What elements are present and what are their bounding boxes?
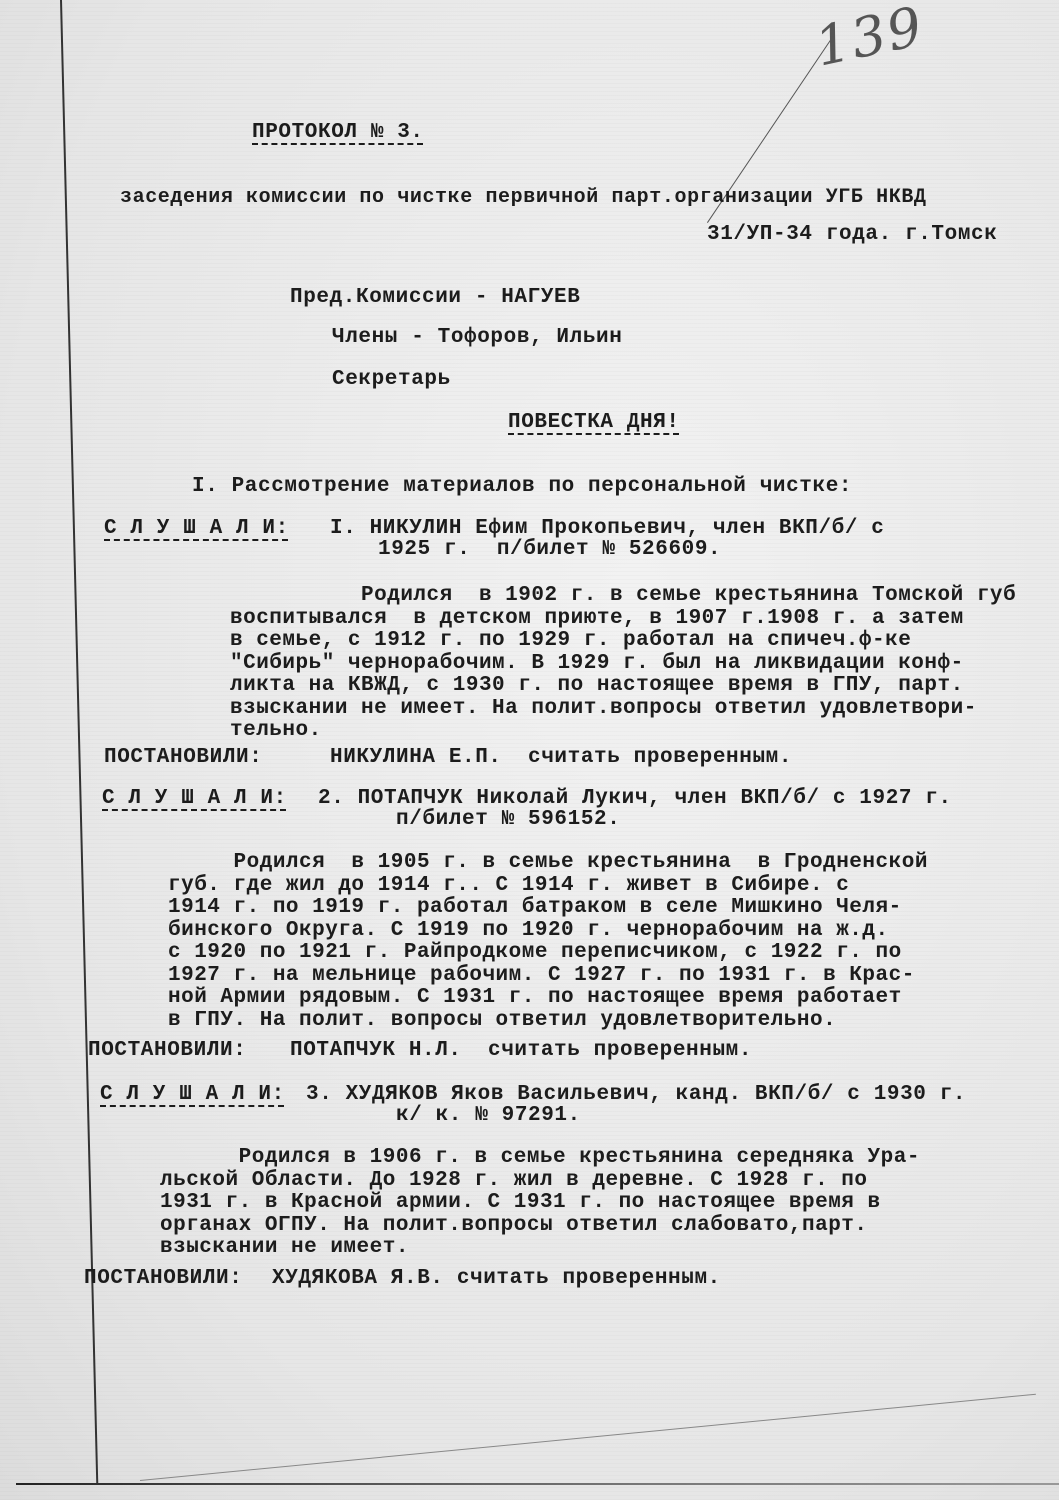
bottom-diagonal-stroke xyxy=(140,1394,1036,1481)
page-bottom-edge xyxy=(16,1483,1059,1485)
commission-members: Члены - Тофоров, Ильин xyxy=(332,327,622,348)
heard-label: С Л У Ш А Л И: xyxy=(102,788,287,809)
folio-number: 139 xyxy=(810,0,930,79)
binding-edge-line xyxy=(60,0,98,1485)
heard-line-1: 2. ПОТАПЧУК Николай Лукич, член ВКП/б/ с… xyxy=(318,788,952,809)
document-page: 139 ПРОТОКОЛ № 3. заседения комиссии по … xyxy=(0,0,1059,1500)
resolved-label: ПОСТАНОВИЛИ: xyxy=(104,747,262,768)
document-title: ПРОТОКОЛ № 3. xyxy=(252,122,424,143)
resolved-text: ХУДЯКОВА Я.В. считать проверенным. xyxy=(272,1268,721,1289)
heard-line-2: п/билет № 596152. xyxy=(396,809,620,830)
resolved-label: ПОСТАНОВИЛИ: xyxy=(84,1268,242,1289)
resolved-text: НИКУЛИНА Е.П. считать проверенным. xyxy=(330,747,792,768)
biography-paragraph: Родился в 1906 г. в семье крестьянина се… xyxy=(160,1147,920,1260)
agenda-heading: ПОВЕСТКА ДНЯ! xyxy=(508,412,680,433)
commission-secretary: Секретарь xyxy=(332,369,451,390)
resolved-text: ПОТАПЧУК Н.Л. считать проверенным. xyxy=(290,1040,752,1061)
resolved-label: ПОСТАНОВИЛИ: xyxy=(88,1040,246,1061)
commission-chair: Пред.Комиссии - НАГУЕВ xyxy=(290,287,580,308)
document-subtitle: заседения комиссии по чистке первичной п… xyxy=(120,188,927,208)
heard-line-1: I. НИКУЛИН Ефим Прокопьевич, член ВКП/б/… xyxy=(330,518,885,539)
heard-label: С Л У Ш А Л И: xyxy=(104,518,289,539)
date-place: 31/УП-34 года. г.Томск xyxy=(707,224,997,245)
heard-line-1: 3. ХУДЯКОВ Яков Васильевич, канд. ВКП/б/… xyxy=(306,1084,966,1105)
biography-paragraph: Родился в 1902 г. в семье крестьянина То… xyxy=(230,585,1016,743)
heard-line-2: к/ к. № 97291. xyxy=(396,1105,581,1126)
heard-line-2: 1925 г. п/билет № 526609. xyxy=(378,539,721,560)
heard-label: С Л У Ш А Л И: xyxy=(100,1084,285,1105)
biography-paragraph: Родился в 1905 г. в семье крестьянина в … xyxy=(168,852,928,1032)
agenda-item: I. Рассмотрение материалов по персональн… xyxy=(192,476,852,497)
